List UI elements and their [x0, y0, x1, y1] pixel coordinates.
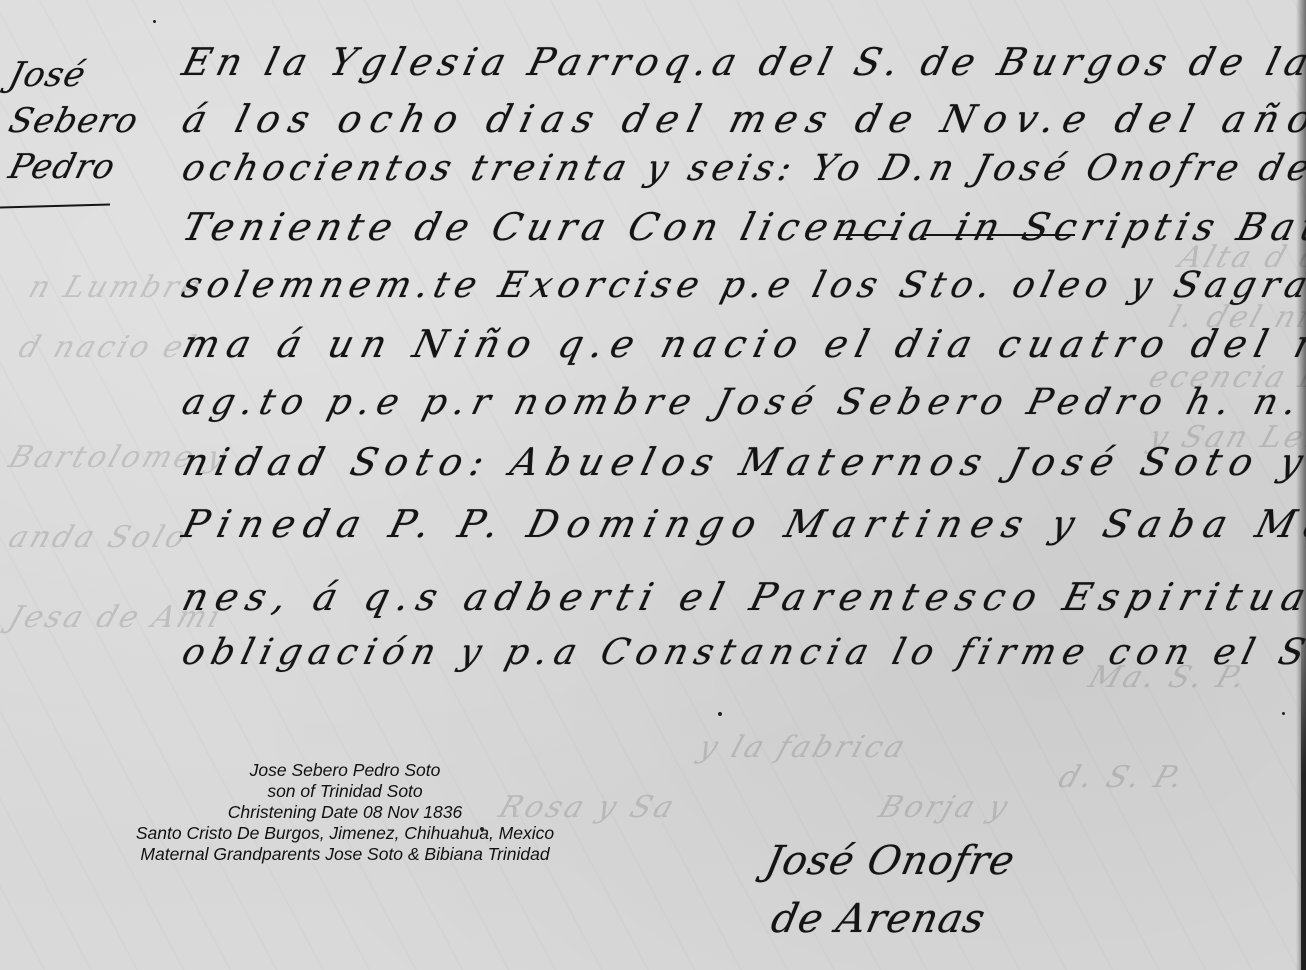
handwritten-line: á los ocho dias del mes de Nov.e del año…: [178, 97, 1306, 141]
handwritten-line: obligación y p.a Constancia lo firme con…: [178, 632, 1306, 673]
handwritten-line: solemnem.te Exorcise p.e los Sto. oleo y…: [178, 265, 1306, 306]
handwritten-line: nidad Soto: Abuelos Maternos José Soto y…: [178, 440, 1306, 484]
word-underline: [838, 234, 894, 236]
page-edge-border: [1301, 640, 1306, 970]
handwritten-line: Teniente de Cura Con licencia in Scripti…: [178, 205, 1306, 249]
bleed-through-text: y la fabrica: [694, 730, 912, 765]
ink-speck: [1282, 712, 1285, 715]
margin-note-line: Pedro: [4, 144, 125, 190]
signature-line: José Onofre: [760, 832, 1021, 890]
priest-signature: José Onofre de Arenas: [760, 832, 1008, 948]
handwritten-line: ochocientos treinta y seis: Yo D.n José …: [178, 148, 1306, 189]
caption-grandparents: Maternal Grandparents Jose Soto & Bibian…: [70, 844, 620, 865]
bleed-through-text: d. S. P.: [1054, 760, 1190, 795]
bleed-through-text: Borja y: [874, 790, 1014, 825]
handwritten-line: ag.to p.e p.r nombre José Sebero Pedro h…: [178, 382, 1306, 423]
ink-speck: [480, 827, 484, 831]
ink-speck: [718, 712, 722, 716]
handwritten-line: nes, á q.s adberti el Parentesco Espirit…: [178, 575, 1306, 619]
handwritten-line: Pineda P. P. Domingo Martines y Saba Mar…: [178, 502, 1306, 546]
caption-name: Jose Sebero Pedro Soto: [70, 760, 620, 781]
caption-parent: son of Trinidad Soto: [70, 781, 620, 802]
margin-note-line: Sebero: [4, 98, 125, 144]
word-underline: [925, 234, 1075, 236]
bleed-through-text: d nacio el: [14, 330, 203, 365]
bleed-through-text: anda Solo: [4, 520, 192, 555]
ink-speck: [153, 20, 156, 23]
margin-note: José Sebero Pedro: [4, 52, 114, 190]
margin-note-underline: [0, 204, 110, 209]
margin-note-line: José: [4, 52, 125, 98]
handwritten-line: En la Yglesia Parroq.a del S. de Burgos …: [178, 40, 1306, 84]
handwritten-line: ma á un Niño q.e nacio el dia cuatro del…: [178, 322, 1306, 366]
caption-overlay: Jose Sebero Pedro Soto son of Trinidad S…: [70, 760, 620, 865]
caption-place: Santo Cristo De Burgos, Jimenez, Chihuah…: [70, 823, 620, 844]
signature-line: de Arenas: [760, 890, 1021, 948]
scanned-document-page: Alta d dell. del nienecencia Brasily San…: [0, 0, 1306, 970]
caption-christening-date: Christening Date 08 Nov 1836: [70, 802, 620, 823]
